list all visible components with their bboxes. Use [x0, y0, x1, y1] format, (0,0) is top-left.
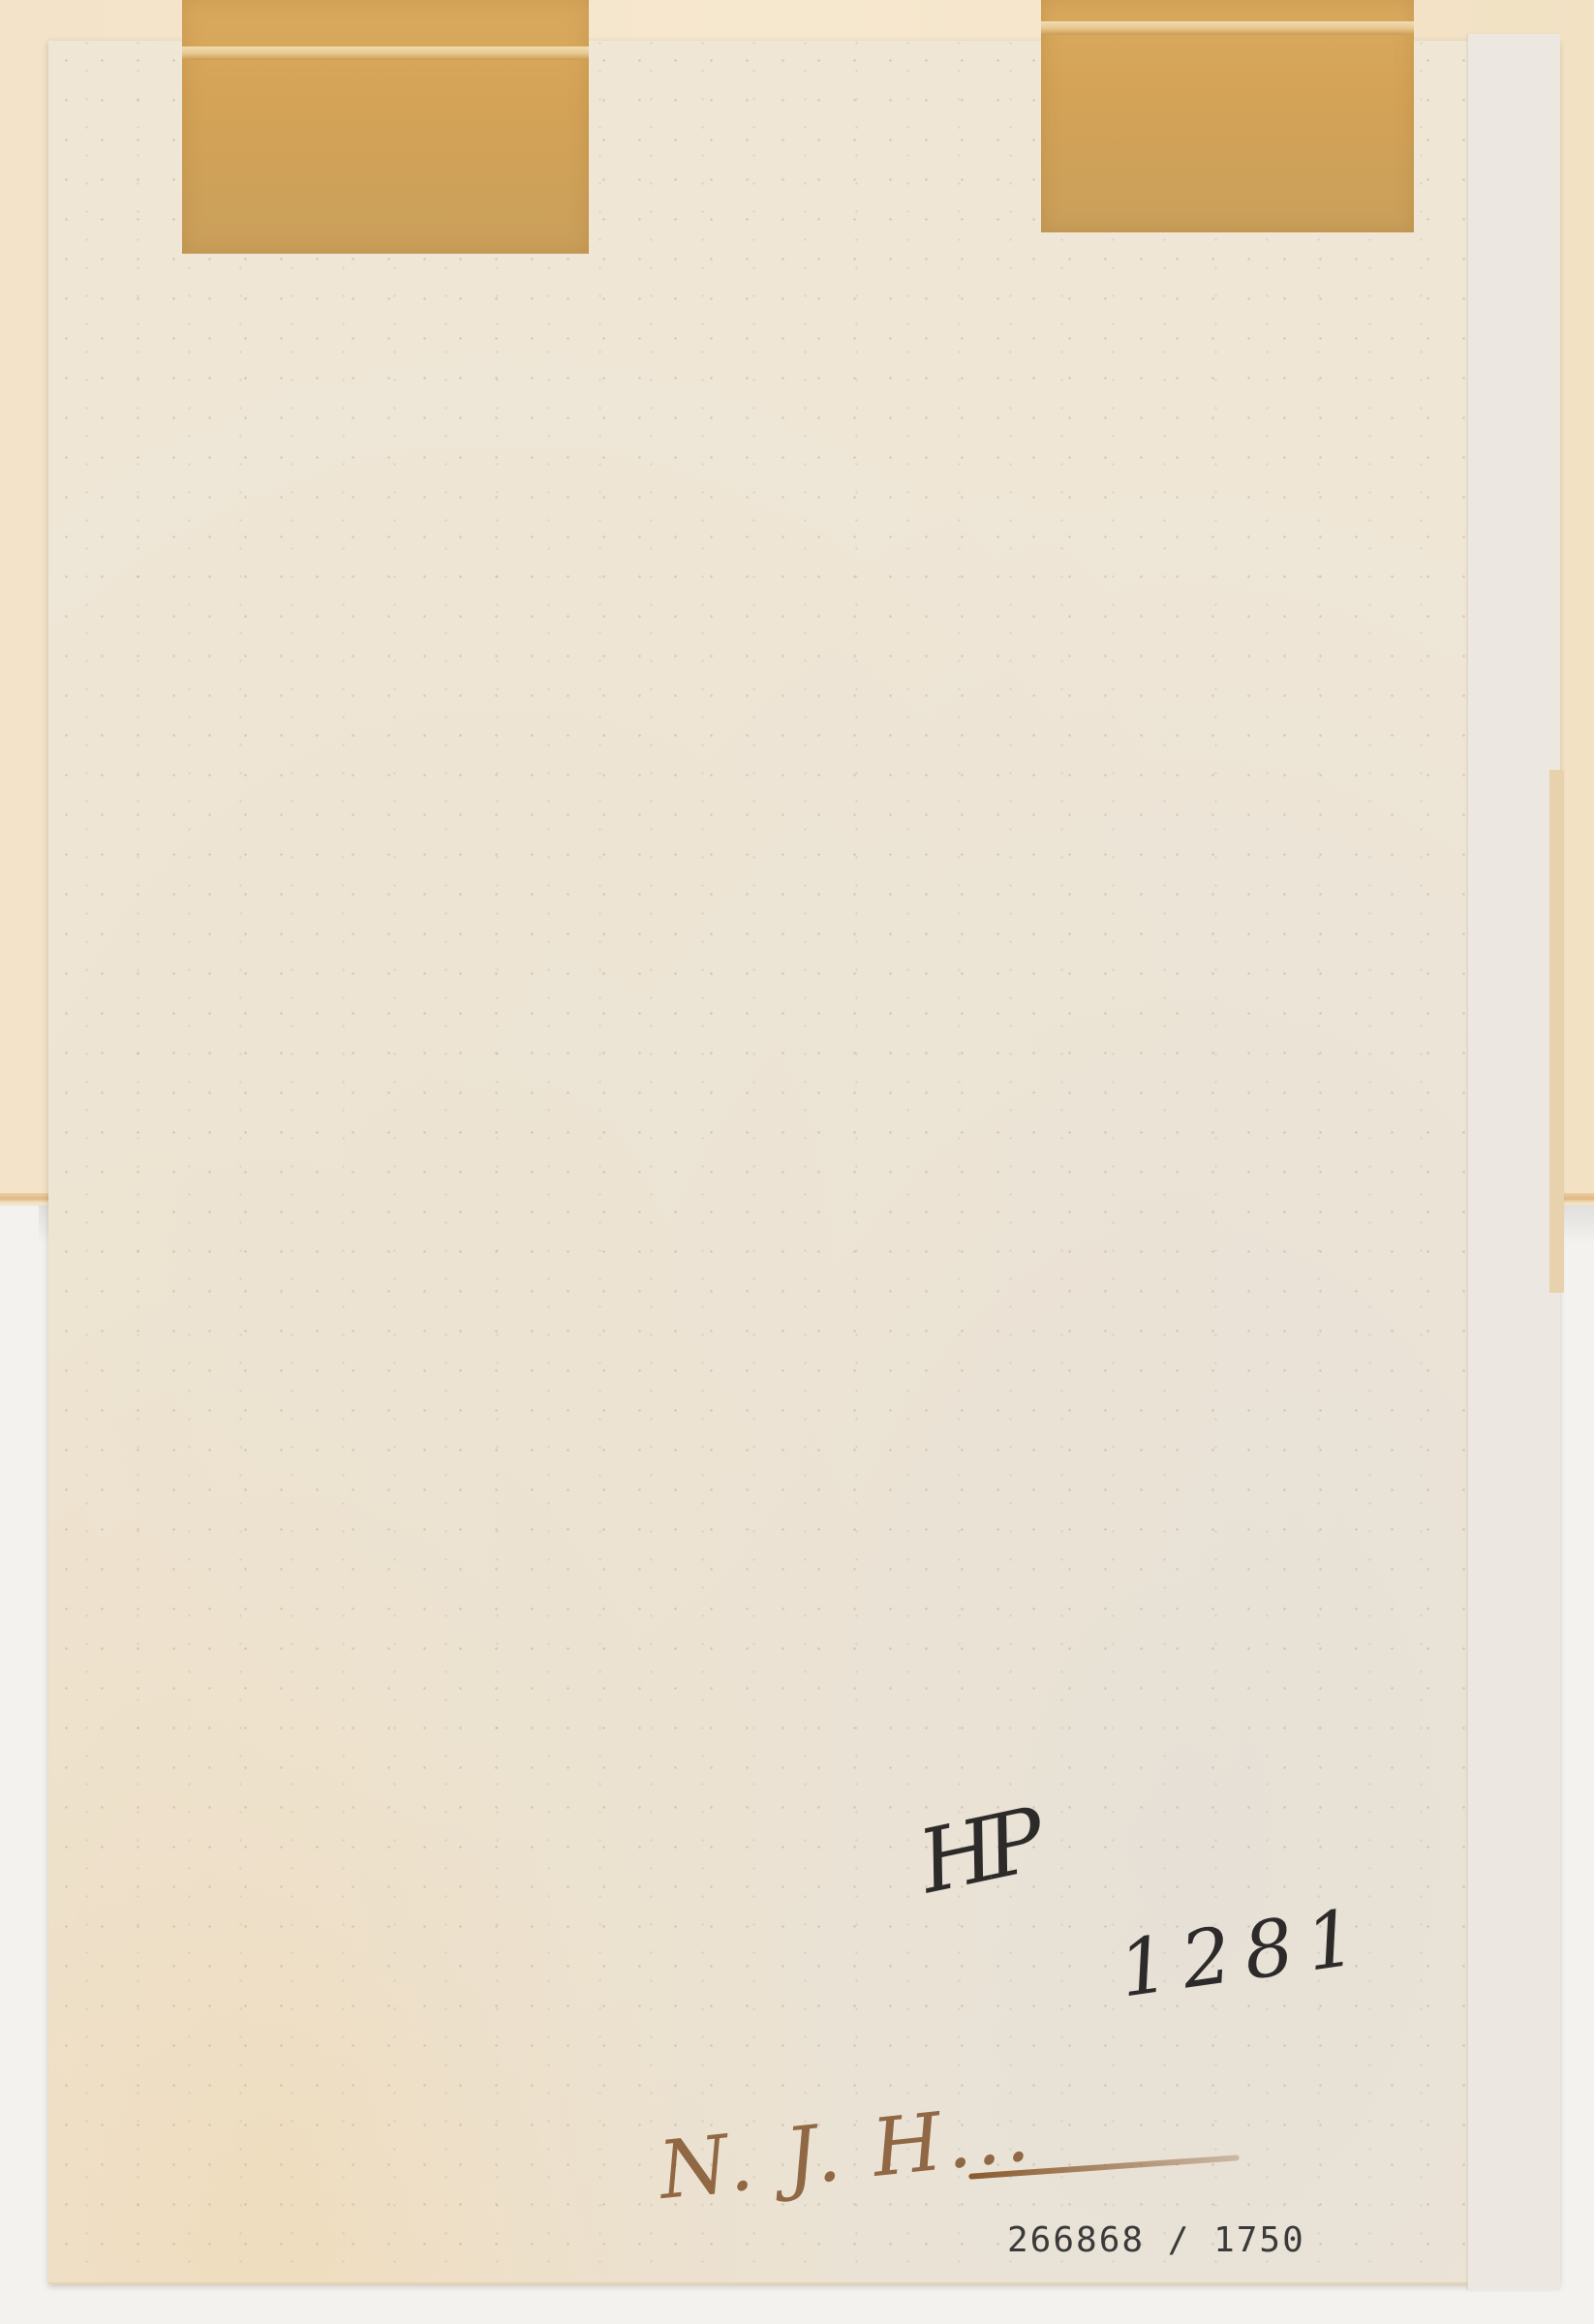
hinge-tape-left: [182, 0, 589, 254]
hinge-notch: [1549, 770, 1564, 1293]
tape-fold-line: [182, 46, 589, 60]
tape-fold-line: [1041, 21, 1414, 35]
catalog-number: 266868 / 1750: [1007, 2220, 1305, 2260]
hinge-paper-strip: [1467, 34, 1560, 2290]
hinge-tape-right: [1041, 0, 1414, 232]
